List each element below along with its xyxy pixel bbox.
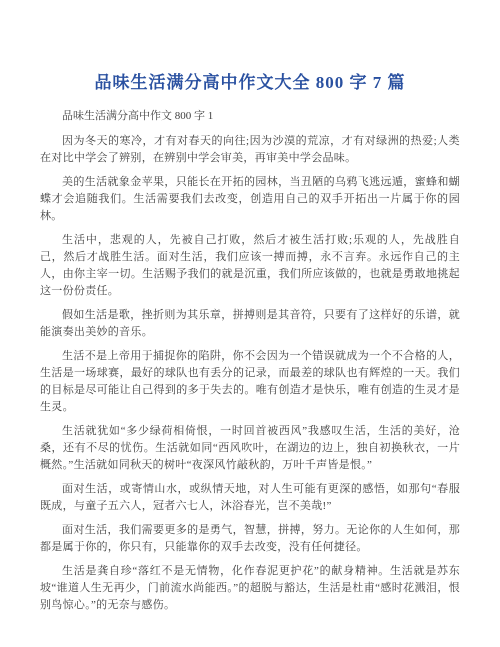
paragraph: 生活就犹如“多少绿荷相倚恨，一时回首被西风”我感叹生活，生活的美好，沧桑，还有不… [40,423,460,474]
paragraph: 面对生活，或寄情山水，或纵情天地，对人生可能有更深的感悟，如那句“春服既成，与童… [40,481,460,515]
paragraph: 生活中，悲观的人，先被自己打败，然后才被生活打败;乐观的人，先战胜自己，然后才战… [40,232,460,300]
paragraph: 面对生活，我们需要更多的是勇气，智慧，拼搏，努力。无论你的人生如何，那都是属于你… [40,522,460,556]
section-heading: 品味生活满分高中作文 800 字 1 [40,108,460,125]
document-page: 品味生活满分高中作文大全 800 字 7 篇 品味生活满分高中作文 800 字 … [0,0,500,647]
paragraph: 美的生活就象金苹果，只能长在开拓的园林，当丑陋的乌鸦飞逃远遁，蜜蜂和蝴蝶才会追随… [40,174,460,225]
paragraph: 因为冬天的寒冷，才有对春天的向往;因为沙漠的荒凉，才有对绿洲的热爱;人类在对比中… [40,133,460,167]
paragraph: 生活是龚自珍“落红不是无情物，化作春泥更护花”的献身精神。生活就是苏东坡“谁道人… [40,563,460,614]
document-title: 品味生活满分高中作文大全 800 字 7 篇 [0,0,500,94]
document-body: 品味生活满分高中作文 800 字 1 因为冬天的寒冷，才有对春天的向往;因为沙漠… [0,94,500,614]
paragraph: 生活不是上帝用于捕捉你的陷阱，你不会因为一个错误就成为一个不合格的人，生活是一场… [40,348,460,416]
paragraph: 假如生活是歌，挫折则为其乐章，拼搏则是其音符，只要有了这样好的乐谱，就能演奏出美… [40,307,460,341]
